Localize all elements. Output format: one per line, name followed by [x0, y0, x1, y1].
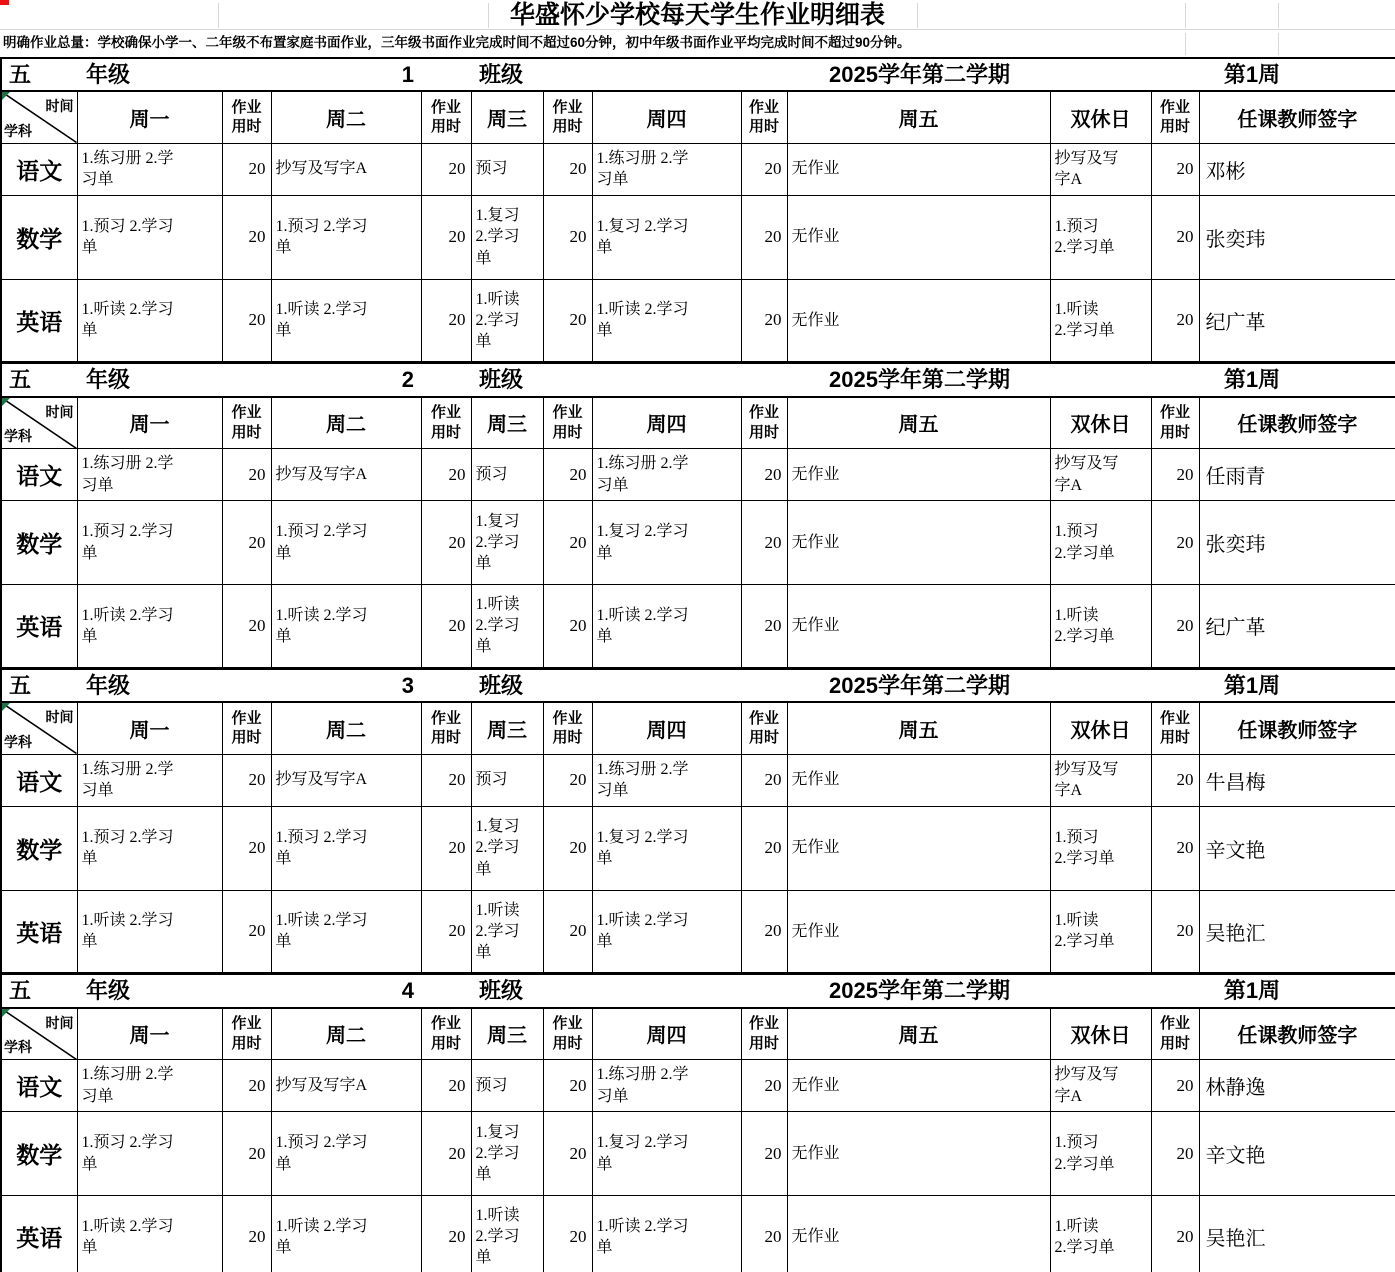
homework-weekend-cell: 抄写及写 字A: [1050, 143, 1151, 195]
grid-line: [1278, 33, 1279, 55]
subject-cell: 数学: [1, 1112, 77, 1196]
grade-label: 年级: [86, 975, 130, 1006]
header-duration: 作业用时: [741, 91, 787, 143]
header-friday: 周五: [787, 397, 1050, 449]
duration-weekend-cell: 20: [1151, 143, 1199, 195]
duration-thursday-cell: 20: [741, 1060, 787, 1112]
grid-line: [218, 3, 219, 28]
homework-friday-cell: 无作业: [787, 585, 1050, 668]
subject-row-english: 英语 1.听读 2.学习 单 20 1.听读 2.学习 单 20 1.听读 2.…: [1, 585, 1395, 668]
header-weekend: 双休日: [1050, 91, 1151, 143]
duration-weekend-cell: 20: [1151, 501, 1199, 585]
duration-weekend-cell: 20: [1151, 585, 1199, 668]
sheet-title-row: 华盛怀少学校每天学生作业明细表: [0, 0, 1395, 30]
duration-weekend-cell: 20: [1151, 279, 1199, 362]
header-teacher-signature: 任课教师签字: [1199, 1008, 1395, 1060]
header-monday: 周一: [77, 91, 222, 143]
homework-wednesday-cell: 1.复习 2.学习 单: [471, 501, 543, 585]
header-duration: 作业用时: [222, 702, 271, 754]
duration-wednesday-cell: 20: [543, 195, 592, 279]
duration-monday-cell: 20: [222, 1196, 271, 1272]
teacher-signature-cell: 纪广革: [1199, 585, 1395, 668]
homework-wednesday-cell: 1.听读 2.学习 单: [471, 1196, 543, 1272]
homework-tuesday-cell: 1.听读 2.学习 单: [271, 1196, 421, 1272]
grade-class-header-row: 五 年级 4 班级 2025学年第二学期 第1周: [1, 975, 1395, 1008]
header-duration: 作业用时: [222, 91, 271, 143]
class-homework-table: 五 年级 3 班级 2025学年第二学期 第1周 时间 学科 周一 作业用时 周…: [0, 669, 1395, 975]
header-duration: 作业用时: [1151, 91, 1199, 143]
header-teacher-signature: 任课教师签字: [1199, 91, 1395, 143]
duration-monday-cell: 20: [222, 143, 271, 195]
class-label: 班级: [479, 975, 523, 1006]
header-duration: 作业用时: [421, 91, 471, 143]
header-thursday: 周四: [592, 91, 741, 143]
subject-row-chinese: 语文 1.练习册 2.学 习单 20 抄写及写字A 20 预习 20 1.练习册…: [1, 143, 1395, 195]
duration-wednesday-cell: 20: [543, 279, 592, 362]
homework-friday-cell: 无作业: [787, 279, 1050, 362]
duration-monday-cell: 20: [222, 195, 271, 279]
duration-wednesday-cell: 20: [543, 1196, 592, 1272]
teacher-signature-cell: 辛文艳: [1199, 1112, 1395, 1196]
homework-weekend-cell: 1.听读 2.学习单: [1050, 585, 1151, 668]
header-duration: 作业用时: [543, 702, 592, 754]
homework-weekend-cell: 1.预习 2.学习单: [1050, 1112, 1151, 1196]
teacher-signature-cell: 吴艳汇: [1199, 890, 1395, 973]
grade-value: 五: [9, 670, 31, 701]
class-label: 班级: [479, 364, 523, 395]
homework-thursday-cell: 1.听读 2.学习 单: [592, 585, 741, 668]
subject-axis-label: 学科: [4, 1037, 32, 1057]
duration-tuesday-cell: 20: [421, 1060, 471, 1112]
subject-row-english: 英语 1.听读 2.学习 单 20 1.听读 2.学习 单 20 1.听读 2.…: [1, 890, 1395, 973]
homework-monday-cell: 1.练习册 2.学 习单: [77, 143, 222, 195]
subject-cell: 语文: [1, 754, 77, 806]
homework-tuesday-cell: 抄写及写字A: [271, 754, 421, 806]
duration-weekend-cell: 20: [1151, 449, 1199, 501]
homework-thursday-cell: 1.复习 2.学习 单: [592, 501, 741, 585]
time-subject-diagonal-cell: 时间 学科: [1, 1008, 77, 1060]
week-label: 第1周: [1152, 59, 1352, 90]
duration-wednesday-cell: 20: [543, 1112, 592, 1196]
homework-friday-cell: 无作业: [787, 143, 1050, 195]
subject-row-math: 数学 1.预习 2.学习 单 20 1.预习 2.学习 单 20 1.复习 2.…: [1, 806, 1395, 890]
header-duration: 作业用时: [421, 397, 471, 449]
subject-row-math: 数学 1.预习 2.学习 单 20 1.预习 2.学习 单 20 1.复习 2.…: [1, 501, 1395, 585]
header-duration: 作业用时: [421, 1008, 471, 1060]
class-number: 2: [272, 364, 414, 395]
column-header-row: 时间 学科 周一 作业用时 周二 作业用时 周三 作业用时 周四 作业用时 周五…: [1, 91, 1395, 143]
header-duration: 作业用时: [1151, 1008, 1199, 1060]
header-monday: 周一: [77, 397, 222, 449]
homework-thursday-cell: 1.练习册 2.学 习单: [592, 1060, 741, 1112]
grade-class-header-cell: 五 年级 1 班级 2025学年第二学期 第1周: [1, 58, 1395, 91]
class-blocks-container: 五 年级 1 班级 2025学年第二学期 第1周 时间 学科 周一 作业用时 周…: [0, 57, 1395, 1272]
homework-tuesday-cell: 抄写及写字A: [271, 143, 421, 195]
class-label: 班级: [479, 59, 523, 90]
header-thursday: 周四: [592, 397, 741, 449]
header-weekend: 双休日: [1050, 702, 1151, 754]
homework-thursday-cell: 1.听读 2.学习 单: [592, 279, 741, 362]
header-friday: 周五: [787, 1008, 1050, 1060]
subject-row-math: 数学 1.预习 2.学习 单 20 1.预习 2.学习 单 20 1.复习 2.…: [1, 195, 1395, 279]
subject-row-chinese: 语文 1.练习册 2.学 习单 20 抄写及写字A 20 预习 20 1.练习册…: [1, 754, 1395, 806]
homework-friday-cell: 无作业: [787, 1060, 1050, 1112]
duration-tuesday-cell: 20: [421, 143, 471, 195]
homework-thursday-cell: 1.复习 2.学习 单: [592, 806, 741, 890]
duration-monday-cell: 20: [222, 501, 271, 585]
time-axis-label: 时间: [46, 402, 74, 422]
teacher-signature-cell: 纪广革: [1199, 279, 1395, 362]
column-header-row: 时间 学科 周一 作业用时 周二 作业用时 周三 作业用时 周四 作业用时 周五…: [1, 1008, 1395, 1060]
semester-label: 2025学年第二学期: [788, 364, 1051, 395]
semester-label: 2025学年第二学期: [788, 975, 1051, 1006]
duration-monday-cell: 20: [222, 890, 271, 973]
header-monday: 周一: [77, 702, 222, 754]
duration-monday-cell: 20: [222, 806, 271, 890]
header-duration: 作业用时: [741, 1008, 787, 1060]
duration-tuesday-cell: 20: [421, 449, 471, 501]
class-homework-table: 五 年级 2 班级 2025学年第二学期 第1周 时间 学科 周一 作业用时 周…: [0, 363, 1395, 669]
grade-label: 年级: [86, 364, 130, 395]
header-thursday: 周四: [592, 1008, 741, 1060]
homework-thursday-cell: 1.练习册 2.学 习单: [592, 143, 741, 195]
header-duration: 作业用时: [222, 397, 271, 449]
header-duration: 作业用时: [741, 397, 787, 449]
duration-thursday-cell: 20: [741, 1112, 787, 1196]
grade-class-header-cell: 五 年级 2 班级 2025学年第二学期 第1周: [1, 364, 1395, 397]
page-title: 华盛怀少学校每天学生作业明细表: [510, 1, 885, 29]
header-tuesday: 周二: [271, 702, 421, 754]
subject-axis-label: 学科: [4, 732, 32, 752]
duration-wednesday-cell: 20: [543, 890, 592, 973]
homework-tuesday-cell: 1.听读 2.学习 单: [271, 890, 421, 973]
subject-cell: 英语: [1, 890, 77, 973]
grid-line: [917, 3, 918, 28]
duration-tuesday-cell: 20: [421, 195, 471, 279]
subject-cell: 英语: [1, 1196, 77, 1272]
duration-weekend-cell: 20: [1151, 1196, 1199, 1272]
grade-class-header-row: 五 年级 3 班级 2025学年第二学期 第1周: [1, 669, 1395, 702]
homework-tuesday-cell: 1.预习 2.学习 单: [271, 806, 421, 890]
homework-monday-cell: 1.预习 2.学习 单: [77, 195, 222, 279]
header-monday: 周一: [77, 1008, 222, 1060]
homework-tuesday-cell: 1.听读 2.学习 单: [271, 279, 421, 362]
homework-policy-note: 明确作业总量：学校确保小学一、二年级不布置家庭书面作业，三年级书面作业完成时间不…: [0, 30, 1395, 57]
duration-tuesday-cell: 20: [421, 890, 471, 973]
week-label: 第1周: [1152, 364, 1352, 395]
header-duration: 作业用时: [1151, 702, 1199, 754]
teacher-signature-cell: 邓彬: [1199, 143, 1395, 195]
class-homework-table: 五 年级 1 班级 2025学年第二学期 第1周 时间 学科 周一 作业用时 周…: [0, 57, 1395, 363]
duration-monday-cell: 20: [222, 585, 271, 668]
subject-cell: 语文: [1, 449, 77, 501]
grid-line: [1278, 3, 1279, 28]
class-number: 3: [272, 670, 414, 701]
duration-thursday-cell: 20: [741, 449, 787, 501]
duration-tuesday-cell: 20: [421, 279, 471, 362]
header-thursday: 周四: [592, 702, 741, 754]
subject-row-math: 数学 1.预习 2.学习 单 20 1.预习 2.学习 单 20 1.复习 2.…: [1, 1112, 1395, 1196]
subject-cell: 英语: [1, 279, 77, 362]
subject-cell: 数学: [1, 501, 77, 585]
grade-value: 五: [9, 364, 31, 395]
homework-weekend-cell: 1.听读 2.学习单: [1050, 890, 1151, 973]
homework-sheet-page: { "title": "华盛怀少学校每天学生作业明细表", "subtitle"…: [0, 0, 1395, 1272]
teacher-signature-cell: 林静逸: [1199, 1060, 1395, 1112]
time-axis-label: 时间: [46, 707, 74, 727]
subject-cell: 语文: [1, 1060, 77, 1112]
homework-wednesday-cell: 1.听读 2.学习 单: [471, 585, 543, 668]
duration-thursday-cell: 20: [741, 501, 787, 585]
homework-monday-cell: 1.预习 2.学习 单: [77, 806, 222, 890]
header-teacher-signature: 任课教师签字: [1199, 397, 1395, 449]
subject-cell: 英语: [1, 585, 77, 668]
duration-thursday-cell: 20: [741, 585, 787, 668]
duration-thursday-cell: 20: [741, 279, 787, 362]
time-subject-diagonal-cell: 时间 学科: [1, 702, 77, 754]
homework-wednesday-cell: 预习: [471, 754, 543, 806]
homework-monday-cell: 1.练习册 2.学 习单: [77, 1060, 222, 1112]
duration-weekend-cell: 20: [1151, 1060, 1199, 1112]
excel-error-triangle-icon: [2, 1009, 10, 1017]
subject-row-english: 英语 1.听读 2.学习 单 20 1.听读 2.学习 单 20 1.听读 2.…: [1, 279, 1395, 362]
header-duration: 作业用时: [543, 1008, 592, 1060]
duration-tuesday-cell: 20: [421, 754, 471, 806]
header-wednesday: 周三: [471, 397, 543, 449]
header-weekend: 双休日: [1050, 397, 1151, 449]
class-label: 班级: [479, 670, 523, 701]
homework-wednesday-cell: 1.复习 2.学习 单: [471, 1112, 543, 1196]
duration-tuesday-cell: 20: [421, 1196, 471, 1272]
homework-weekend-cell: 抄写及写 字A: [1050, 1060, 1151, 1112]
homework-wednesday-cell: 预习: [471, 1060, 543, 1112]
homework-friday-cell: 无作业: [787, 806, 1050, 890]
grade-value: 五: [9, 59, 31, 90]
duration-thursday-cell: 20: [741, 754, 787, 806]
header-wednesday: 周三: [471, 1008, 543, 1060]
homework-monday-cell: 1.听读 2.学习 单: [77, 585, 222, 668]
homework-tuesday-cell: 1.预习 2.学习 单: [271, 501, 421, 585]
grade-class-header-row: 五 年级 1 班级 2025学年第二学期 第1周: [1, 58, 1395, 91]
homework-tuesday-cell: 抄写及写字A: [271, 1060, 421, 1112]
subject-cell: 数学: [1, 195, 77, 279]
subject-row-english: 英语 1.听读 2.学习 单 20 1.听读 2.学习 单 20 1.听读 2.…: [1, 1196, 1395, 1272]
duration-monday-cell: 20: [222, 1060, 271, 1112]
header-friday: 周五: [787, 91, 1050, 143]
week-label: 第1周: [1152, 975, 1352, 1006]
duration-tuesday-cell: 20: [421, 501, 471, 585]
policy-note-text: 明确作业总量：学校确保小学一、二年级不布置家庭书面作业，三年级书面作业完成时间不…: [3, 35, 911, 50]
duration-wednesday-cell: 20: [543, 1060, 592, 1112]
duration-monday-cell: 20: [222, 449, 271, 501]
subject-cell: 数学: [1, 806, 77, 890]
subject-cell: 语文: [1, 143, 77, 195]
header-duration: 作业用时: [543, 91, 592, 143]
duration-wednesday-cell: 20: [543, 143, 592, 195]
header-duration: 作业用时: [1151, 397, 1199, 449]
subject-axis-label: 学科: [4, 426, 32, 446]
homework-wednesday-cell: 1.复习 2.学习 单: [471, 195, 543, 279]
homework-monday-cell: 1.预习 2.学习 单: [77, 1112, 222, 1196]
grid-line: [1185, 3, 1186, 28]
teacher-signature-cell: 张奕玮: [1199, 501, 1395, 585]
homework-wednesday-cell: 1.听读 2.学习 单: [471, 890, 543, 973]
header-friday: 周五: [787, 702, 1050, 754]
header-teacher-signature: 任课教师签字: [1199, 702, 1395, 754]
header-duration: 作业用时: [421, 702, 471, 754]
homework-friday-cell: 无作业: [787, 1112, 1050, 1196]
subject-axis-label: 学科: [4, 121, 32, 141]
homework-wednesday-cell: 预习: [471, 449, 543, 501]
duration-wednesday-cell: 20: [543, 501, 592, 585]
duration-wednesday-cell: 20: [543, 449, 592, 501]
header-duration: 作业用时: [222, 1008, 271, 1060]
excel-error-triangle-icon: [2, 703, 10, 711]
duration-monday-cell: 20: [222, 754, 271, 806]
homework-weekend-cell: 抄写及写 字A: [1050, 449, 1151, 501]
duration-monday-cell: 20: [222, 279, 271, 362]
excel-error-triangle-icon: [2, 398, 10, 406]
homework-friday-cell: 无作业: [787, 754, 1050, 806]
class-number: 1: [272, 59, 414, 90]
homework-friday-cell: 无作业: [787, 195, 1050, 279]
grade-label: 年级: [86, 670, 130, 701]
homework-monday-cell: 1.预习 2.学习 单: [77, 501, 222, 585]
homework-thursday-cell: 1.练习册 2.学 习单: [592, 754, 741, 806]
duration-thursday-cell: 20: [741, 143, 787, 195]
semester-label: 2025学年第二学期: [788, 59, 1051, 90]
header-tuesday: 周二: [271, 1008, 421, 1060]
teacher-signature-cell: 牛昌梅: [1199, 754, 1395, 806]
class-homework-table: 五 年级 4 班级 2025学年第二学期 第1周 时间 学科 周一 作业用时 周…: [0, 974, 1395, 1272]
week-label: 第1周: [1152, 670, 1352, 701]
grade-class-header-row: 五 年级 2 班级 2025学年第二学期 第1周: [1, 364, 1395, 397]
homework-monday-cell: 1.听读 2.学习 单: [77, 890, 222, 973]
semester-label: 2025学年第二学期: [788, 670, 1051, 701]
homework-tuesday-cell: 抄写及写字A: [271, 449, 421, 501]
grid-line: [1185, 33, 1186, 55]
teacher-signature-cell: 辛文艳: [1199, 806, 1395, 890]
homework-weekend-cell: 1.听读 2.学习单: [1050, 1196, 1151, 1272]
homework-thursday-cell: 1.听读 2.学习 单: [592, 1196, 741, 1272]
teacher-signature-cell: 吴艳汇: [1199, 1196, 1395, 1272]
homework-thursday-cell: 1.复习 2.学习 单: [592, 1112, 741, 1196]
homework-friday-cell: 无作业: [787, 1196, 1050, 1272]
grade-value: 五: [9, 975, 31, 1006]
duration-thursday-cell: 20: [741, 806, 787, 890]
homework-friday-cell: 无作业: [787, 890, 1050, 973]
header-duration: 作业用时: [741, 702, 787, 754]
homework-tuesday-cell: 1.听读 2.学习 单: [271, 585, 421, 668]
duration-tuesday-cell: 20: [421, 585, 471, 668]
duration-wednesday-cell: 20: [543, 806, 592, 890]
homework-friday-cell: 无作业: [787, 501, 1050, 585]
duration-tuesday-cell: 20: [421, 1112, 471, 1196]
homework-wednesday-cell: 1.听读 2.学习 单: [471, 279, 543, 362]
duration-weekend-cell: 20: [1151, 754, 1199, 806]
class-number: 4: [272, 975, 414, 1006]
grade-class-header-cell: 五 年级 3 班级 2025学年第二学期 第1周: [1, 669, 1395, 702]
column-header-row: 时间 学科 周一 作业用时 周二 作业用时 周三 作业用时 周四 作业用时 周五…: [1, 397, 1395, 449]
column-header-row: 时间 学科 周一 作业用时 周二 作业用时 周三 作业用时 周四 作业用时 周五…: [1, 702, 1395, 754]
subject-row-chinese: 语文 1.练习册 2.学 习单 20 抄写及写字A 20 预习 20 1.练习册…: [1, 449, 1395, 501]
homework-wednesday-cell: 预习: [471, 143, 543, 195]
header-wednesday: 周三: [471, 91, 543, 143]
homework-thursday-cell: 1.练习册 2.学 习单: [592, 449, 741, 501]
homework-monday-cell: 1.练习册 2.学 习单: [77, 754, 222, 806]
duration-monday-cell: 20: [222, 1112, 271, 1196]
homework-thursday-cell: 1.听读 2.学习 单: [592, 890, 741, 973]
grade-label: 年级: [86, 59, 130, 90]
homework-weekend-cell: 1.听读 2.学习单: [1050, 279, 1151, 362]
duration-thursday-cell: 20: [741, 195, 787, 279]
time-subject-diagonal-cell: 时间 学科: [1, 91, 77, 143]
homework-weekend-cell: 1.预习 2.学习单: [1050, 195, 1151, 279]
duration-wednesday-cell: 20: [543, 585, 592, 668]
homework-weekend-cell: 1.预习 2.学习单: [1050, 806, 1151, 890]
grade-class-header-cell: 五 年级 4 班级 2025学年第二学期 第1周: [1, 975, 1395, 1008]
grid-line: [488, 3, 489, 28]
header-wednesday: 周三: [471, 702, 543, 754]
duration-tuesday-cell: 20: [421, 806, 471, 890]
teacher-signature-cell: 张奕玮: [1199, 195, 1395, 279]
duration-weekend-cell: 20: [1151, 890, 1199, 973]
time-axis-label: 时间: [46, 96, 74, 116]
duration-thursday-cell: 20: [741, 1196, 787, 1272]
header-weekend: 双休日: [1050, 1008, 1151, 1060]
duration-weekend-cell: 20: [1151, 195, 1199, 279]
homework-monday-cell: 1.练习册 2.学 习单: [77, 449, 222, 501]
duration-wednesday-cell: 20: [543, 754, 592, 806]
excel-error-triangle-icon: [2, 92, 10, 100]
header-tuesday: 周二: [271, 397, 421, 449]
homework-weekend-cell: 1.预习 2.学习单: [1050, 501, 1151, 585]
homework-monday-cell: 1.听读 2.学习 单: [77, 279, 222, 362]
homework-thursday-cell: 1.复习 2.学习 单: [592, 195, 741, 279]
subject-row-chinese: 语文 1.练习册 2.学 习单 20 抄写及写字A 20 预习 20 1.练习册…: [1, 1060, 1395, 1112]
time-subject-diagonal-cell: 时间 学科: [1, 397, 77, 449]
homework-friday-cell: 无作业: [787, 449, 1050, 501]
homework-tuesday-cell: 1.预习 2.学习 单: [271, 1112, 421, 1196]
homework-tuesday-cell: 1.预习 2.学习 单: [271, 195, 421, 279]
duration-thursday-cell: 20: [741, 890, 787, 973]
header-duration: 作业用时: [543, 397, 592, 449]
homework-weekend-cell: 抄写及写 字A: [1050, 754, 1151, 806]
time-axis-label: 时间: [46, 1013, 74, 1033]
homework-wednesday-cell: 1.复习 2.学习 单: [471, 806, 543, 890]
header-tuesday: 周二: [271, 91, 421, 143]
duration-weekend-cell: 20: [1151, 1112, 1199, 1196]
duration-weekend-cell: 20: [1151, 806, 1199, 890]
teacher-signature-cell: 任雨青: [1199, 449, 1395, 501]
homework-monday-cell: 1.听读 2.学习 单: [77, 1196, 222, 1272]
